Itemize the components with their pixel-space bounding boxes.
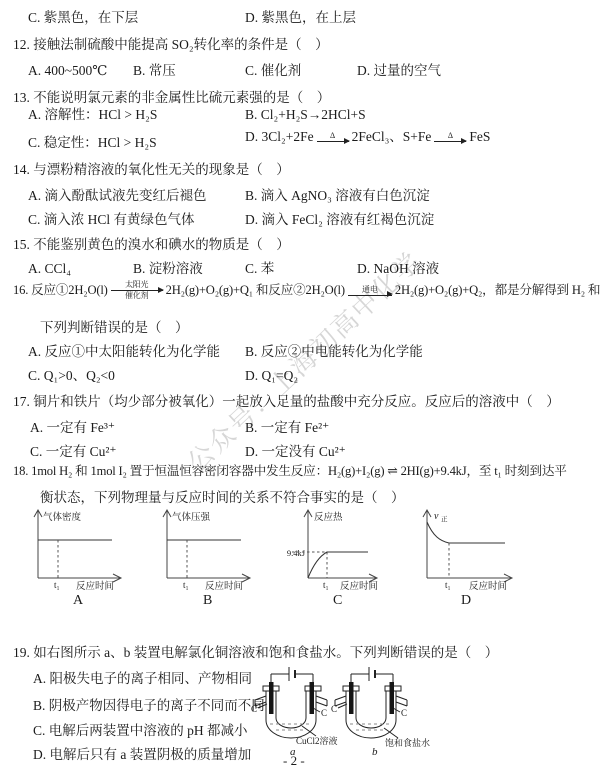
delta-arrow-icon: Δ	[317, 132, 349, 142]
graph-b-gas-pressure: 气体压强 t₁ 反应时间	[153, 506, 265, 592]
u-tube-inner-wall	[356, 691, 386, 728]
graph-d-letter: D	[461, 593, 471, 609]
x-axis-label: 反应时间	[340, 580, 378, 592]
q16-option-b: B. 反应②中电能转化为化学能	[245, 344, 423, 361]
carbon-electrode	[269, 682, 274, 714]
q16-stem-line2: 下列判断错误的是（ ）	[40, 320, 189, 337]
x-axis-label: 反应时间	[469, 580, 507, 592]
t1-label: t₁	[183, 580, 189, 590]
arrow-top-label: 太阳光	[125, 281, 148, 289]
data-curve	[308, 552, 368, 578]
side-spout	[396, 696, 407, 706]
x-axis-label: 反应时间	[205, 580, 243, 592]
q14-option-a: A. 滴入酚酞试液先变红后褪色	[28, 188, 207, 205]
q12-option-b: B. 常压	[133, 63, 176, 80]
q15-option-c: C. 苯	[245, 261, 274, 278]
graph-a-gas-density: 气体密度 t₁ 反应时间	[24, 506, 136, 592]
side-spout	[316, 696, 327, 706]
q16-option-a: A. 反应①中太阳能转化为化学能	[28, 344, 220, 361]
graph-d-forward-rate: v 正 t₁ 反应时间	[413, 506, 525, 592]
graph-c-reaction-heat: 9.4kJ 反应热 t₁ 反应时间	[272, 506, 392, 592]
q12-stem: 12. 接触法制硫酸中能提高 SO₂转化率的条件是（ ）	[13, 37, 329, 54]
t1-label: t₁	[323, 580, 329, 590]
arrow-top-label: Δ	[330, 132, 335, 140]
q12-option-d: D. 过量的空气	[357, 63, 441, 80]
u-tube-inner-wall	[276, 691, 306, 728]
q14-option-c: C. 滴入浓 HCl 有黄绿色气体	[28, 212, 195, 229]
q15-option-d: D. NaOH 溶液	[357, 261, 439, 278]
q16-option-d: D. Q₁=Q₂	[245, 368, 298, 385]
graph-a-letter: A	[73, 593, 83, 609]
arrow-shaft	[317, 141, 349, 142]
q14-stem: 14. 与漂粉精溶液的氧化性无关的现象是（ ）	[13, 162, 290, 179]
q11-option-c: C. 紫黑色，在下层	[28, 10, 138, 27]
graph-c-letter: C	[333, 593, 342, 609]
arrow-shaft	[348, 295, 392, 296]
exam-page: { "page": { "number": "- 2 -", "watermar…	[0, 0, 600, 778]
q13-option-d: D. 3Cl₂+2Fe Δ 2FeCl₃、S+Fe Δ FeS	[245, 129, 490, 146]
q12-option-a: A. 400~500℃	[28, 63, 107, 80]
q11-option-d: D. 紫黑色，在上层	[245, 10, 356, 27]
q13-option-a: A. 溶解性：HCl > H₂S	[28, 107, 157, 124]
plateau-value-label: 9.4kJ	[287, 548, 306, 558]
delta-arrow-icon: Δ	[434, 132, 466, 142]
electrode-label: C	[401, 708, 407, 718]
q13-option-c: C. 稳定性：HCl > H₂S	[28, 135, 157, 152]
page-number: - 2 -	[283, 753, 305, 769]
electrode-label: C	[251, 704, 257, 714]
device-b-letter: b	[372, 746, 378, 758]
q19-option-b: B. 阴极产物因得电子的离子不同而不同	[33, 698, 265, 715]
data-curve	[427, 522, 505, 543]
y-axis-label: 气体压强	[172, 511, 211, 523]
solution-leader-line	[384, 728, 398, 738]
q15-option-a: A. CCl₄	[28, 261, 71, 278]
q13-stem: 13. 不能说明氯元素的非金属性比硫元素强的是（ ）	[13, 90, 330, 107]
q15-stem: 15. 不能鉴别黄色的溴水和碘水的物质是（ ）	[13, 237, 290, 254]
q16-option-c: C. Q₁>0、Q₂<0	[28, 368, 115, 385]
electrode-label: C	[321, 708, 327, 718]
arrow-top-label: Δ	[448, 132, 453, 140]
arrow-shaft	[111, 290, 163, 291]
carbon-electrode	[310, 682, 315, 714]
electrode-label: C	[331, 704, 337, 714]
q12-option-c: C. 催化剂	[245, 63, 301, 80]
q16-stem-part1: 16. 反应①2H₂O(l)	[13, 283, 108, 299]
q19-stem: 19. 如右图所示 a、b 装置电解氯化铜溶液和饱和食盐水。下列判断错误的是（ …	[13, 645, 498, 662]
t1-label: t₁	[445, 580, 451, 590]
graph-b-letter: B	[203, 593, 212, 609]
q16-stem: 16. 反应①2H₂O(l) 太阳光 催化剂 2H₂(g)+O₂(g)+Q₁ 和…	[13, 281, 600, 300]
q13-d-part1: D. 3Cl₂+2Fe	[245, 129, 314, 146]
q17-option-d: D. 一定没有 Cu²⁺	[245, 444, 346, 461]
x-axis-label: 反应时间	[76, 580, 114, 592]
q18-stem-line1: 18. 1mol H₂ 和 1mol I₂ 置于恒温恒容密闭容器中发生反应：H₂…	[13, 464, 567, 480]
q15-option-b: B. 淀粉溶液	[133, 261, 203, 278]
electrolysis-device-b: C C 饱和食盐水 b	[330, 662, 440, 756]
q16-stem-part3: 2H₂(g)+O₂(g)+Q₂，都是分解得到 H₂ 和 O₂，	[395, 283, 600, 299]
q19-option-d: D. 电解后只有 a 装置阴极的质量增加	[33, 747, 251, 764]
y-axis-label: 反应热	[314, 511, 343, 523]
y-axis-label-sub: 正	[441, 515, 448, 523]
y-axis-label-v: v	[434, 511, 439, 522]
q19-option-a: A. 阳极失电子的离子相同、产物相同	[33, 671, 252, 688]
q13-d-part3: FeS	[469, 129, 490, 146]
carbon-electrode	[349, 682, 354, 714]
q13-option-b: B. Cl₂+H₂S→2HCl+S	[245, 107, 366, 124]
q17-option-c: C. 一定有 Cu²⁺	[30, 444, 117, 461]
arrow-top-label: 通电	[362, 286, 378, 294]
q17-option-b: B. 一定有 Fe²⁺	[245, 420, 329, 437]
sunlight-catalyst-arrow-icon: 太阳光 催化剂	[111, 281, 163, 300]
q16-stem-part2: 2H₂(g)+O₂(g)+Q₁ 和反应②2H₂O(l)	[166, 283, 345, 299]
q19-option-c: C. 电解后两装置中溶液的 pH 都减小	[33, 723, 248, 740]
q13-d-part2: 2FeCl₃、S+Fe	[352, 129, 432, 146]
electricity-arrow-icon: 通电	[348, 286, 392, 296]
arrow-bottom-label: 催化剂	[125, 292, 148, 300]
q17-option-a: A. 一定有 Fe³⁺	[30, 420, 115, 437]
q14-option-d: D. 滴入 FeCl₂ 溶液有红褐色沉淀	[245, 212, 434, 229]
y-axis-label: 气体密度	[43, 511, 82, 523]
carbon-electrode	[390, 682, 395, 714]
arrow-shaft	[434, 141, 466, 142]
solution-b-label: 饱和食盐水	[385, 737, 430, 748]
q18-stem-line2: 衡状态，下列物理量与反应时间的关系不符合事实的是（ ）	[40, 490, 405, 507]
t1-label: t₁	[54, 580, 60, 590]
q14-option-b: B. 滴入 AgNO₃ 溶液有白色沉淀	[245, 188, 430, 205]
q17-stem: 17. 铜片和铁片（均少部分被氧化）一起放入足量的盐酸中充分反应。反应后的溶液中…	[13, 394, 560, 411]
